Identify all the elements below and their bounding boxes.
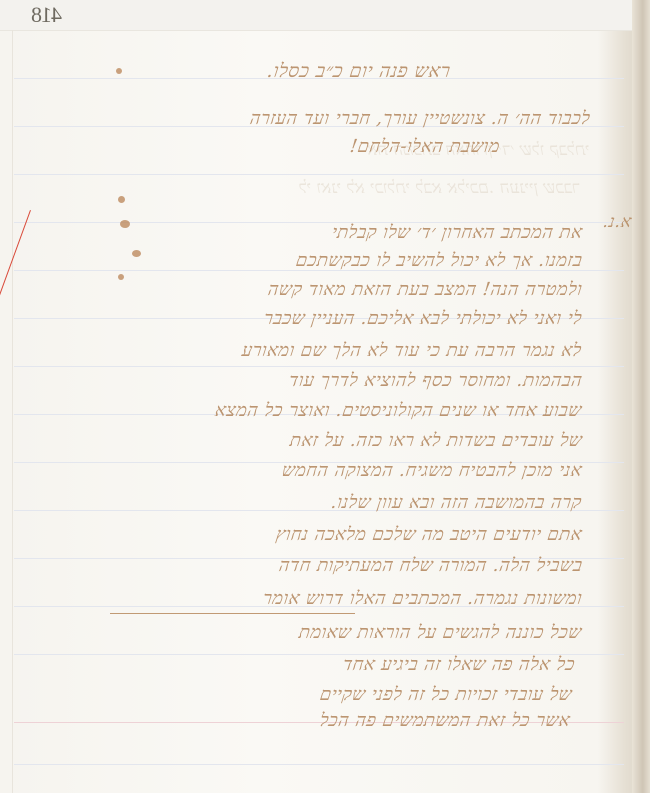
red-margin-line [0,210,31,398]
ink-stain [116,68,122,74]
scan-top-strip [0,0,650,31]
page-left-edge [12,30,13,793]
salutation-line: לכבוד הה׳ ה. צונשטיין עורך, חברי ועד העז… [248,108,591,129]
ink-stain [118,196,125,203]
salutation-line: מושבת האלו-הלחם! [349,136,502,157]
body-line: לא נגמר הרבה עת כי עוד לא הלך שם ומאורע [241,340,584,361]
manuscript-page: 418 את המכתב האחרון ׳ד׳ שלו קבלתי לי ואנ… [0,0,650,793]
ruled-line [14,366,624,367]
body-line: שכל כוננה להגשים על הוראות שאומת [298,622,584,643]
body-line: ומשונות נגמרה. המכתבים האלו דרוש אומר [261,588,583,609]
ruled-line [14,764,624,765]
body-line: בזמנו. אך לא יכול להשיב לו כבקשתכם [294,250,583,271]
body-line: לי ואני לא יכולתי לבא אליכם. העניין שכבר [263,308,584,329]
ink-stain [120,220,130,228]
body-line: קרה בהמושבה הזה ובא עוון שלנו. [330,492,584,513]
underline-mark [110,613,355,614]
body-line: כל אלה פה שאלו זה ביגיע אחד [342,654,577,675]
body-line: שבוע אחד או שנים הקולוניסטים. ואוצר כל ה… [214,400,584,421]
body-line: אתם יודעים היטב מה שלכם מלאכה נחוץ [274,524,583,545]
body-line: בשביל הלה. המורה שלח המעתיקות חדה [277,555,583,576]
body-line: ולמטרה הנה! המצב בעת הזאת מאוד קשה [266,279,583,300]
page-number: 418 [32,2,62,28]
body-line: של עובדים בשדות לא ראו כזה. על זאת [288,430,583,451]
dateline: ראש פנה יום כ״ב כסלו. [265,60,452,83]
ruled-line [14,174,624,175]
body-line: אני מוכן להבטיח משגיח. המצוקה החמש [280,460,583,481]
bleed-through-text: לי ואני לא יכולתי לבא אליכם. העניין שכבר [299,178,580,198]
body-line: של עובדי זכויות כל זה לפני שקיים [319,684,574,705]
body-line: אשר כל זאת המשתמשים פה הכל [318,710,571,731]
ink-stain [132,250,141,257]
body-line: את המכתב האחרון ׳ד׳ שלו קבלתי [330,222,583,243]
margin-note: א.נ. [602,212,633,232]
ink-stain [118,274,124,280]
body-line: הבהמות. ומחוסר כסף להוציא לדרך עוד [287,370,583,391]
book-binding-edge [632,0,650,793]
